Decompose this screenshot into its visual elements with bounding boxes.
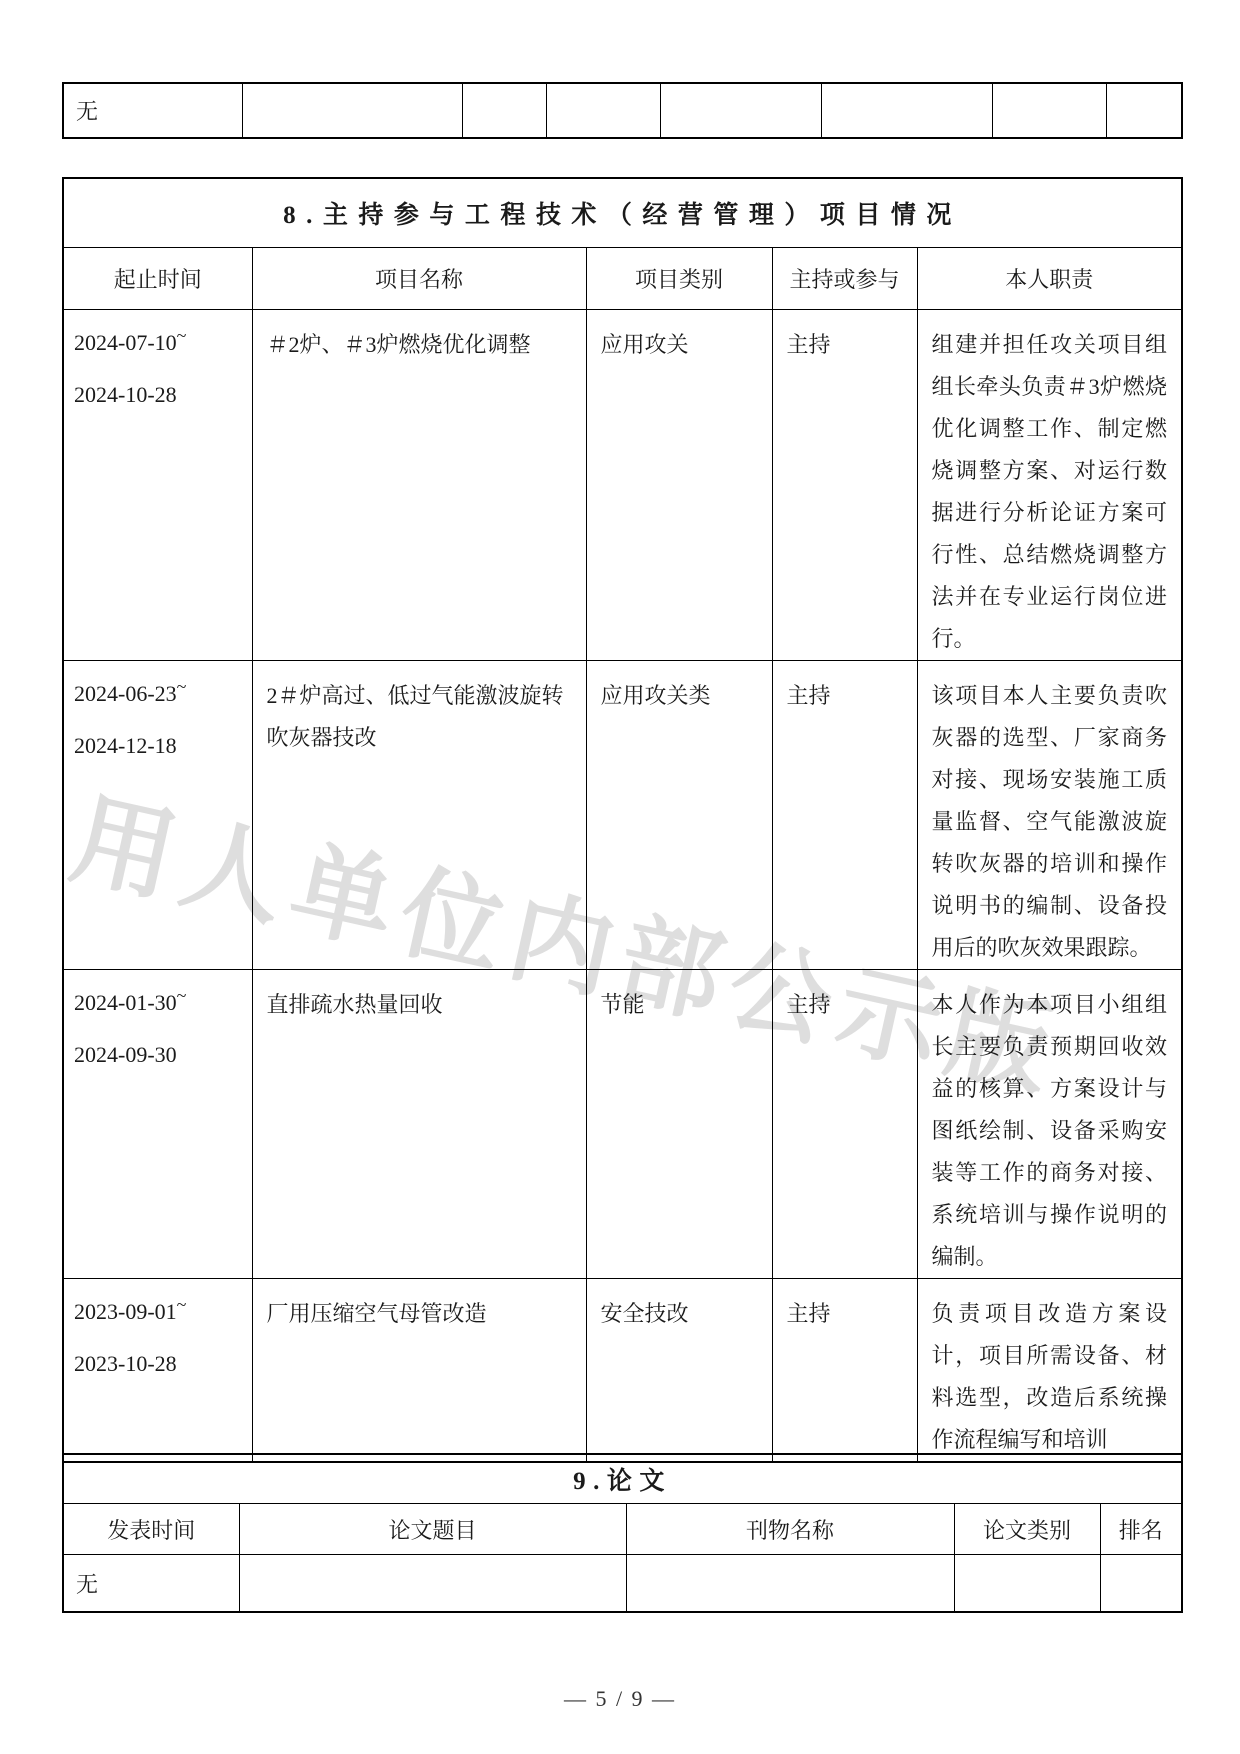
date-end: 2024-12-18 <box>74 731 238 761</box>
cell-date-range: 2023-09-01~ 2023-10-28 <box>63 1279 252 1463</box>
cell-project-name: 直排疏水热量回收 <box>252 970 586 1279</box>
date-start: 2023-09-01 <box>74 1299 177 1324</box>
col-header-paper-title: 论文题目 <box>239 1504 626 1555</box>
papers-table: 9.论文 发表时间 论文题目 刊物名称 论文类别 排名 无 <box>62 1453 1183 1613</box>
table-title-row: 8.主持参与工程技术（经营管理）项目情况 <box>63 178 1182 248</box>
cell-project-name: ＃2炉、＃3炉燃烧优化调整 <box>252 310 586 661</box>
date-tilde: ~ <box>177 677 187 697</box>
cell-empty <box>546 83 660 138</box>
cell-empty <box>1106 83 1182 138</box>
table-row: 2024-06-23~ 2024-12-18 2＃炉高过、低过气能激波旋转吹灰器… <box>63 661 1182 970</box>
col-header-duty: 本人职责 <box>917 248 1182 310</box>
date-start: 2024-07-10 <box>74 330 177 355</box>
date-end: 2024-09-30 <box>74 1040 238 1070</box>
date-end: 2023-10-28 <box>74 1349 238 1379</box>
table-row: 无 <box>63 1555 1182 1613</box>
cell-empty <box>1100 1555 1182 1613</box>
table-row: 无 <box>63 83 1182 138</box>
table-row: 2024-01-30~ 2024-09-30 直排疏水热量回收 节能 主持 本人… <box>63 970 1182 1279</box>
table-title-row: 9.论文 <box>63 1454 1182 1504</box>
cell-empty <box>462 83 546 138</box>
col-header-publish-time: 发表时间 <box>63 1504 239 1555</box>
section9-title: 9.论文 <box>63 1454 1182 1504</box>
cell-empty <box>954 1555 1100 1613</box>
col-header-journal-name: 刊物名称 <box>626 1504 954 1555</box>
date-tilde: ~ <box>177 1295 187 1315</box>
cell-none: 无 <box>63 1555 239 1613</box>
cell-project-name: 厂用压缩空气母管改造 <box>252 1279 586 1463</box>
cell-role: 主持 <box>772 661 917 970</box>
table-row: 2024-07-10~ 2024-10-28 ＃2炉、＃3炉燃烧优化调整 应用攻… <box>63 310 1182 661</box>
cell-project-name: 2＃炉高过、低过气能激波旋转吹灰器技改 <box>252 661 586 970</box>
cell-duty: 组建并担任攻关项目组组长牵头负责＃3炉燃烧优化调整工作、制定燃烧调整方案、对运行… <box>917 310 1182 661</box>
table-row: 2023-09-01~ 2023-10-28 厂用压缩空气母管改造 安全技改 主… <box>63 1279 1182 1463</box>
cell-none: 无 <box>63 83 242 138</box>
cell-date-range: 2024-01-30~ 2024-09-30 <box>63 970 252 1279</box>
cell-empty <box>992 83 1106 138</box>
col-header-rank: 排名 <box>1100 1504 1182 1555</box>
cell-project-category: 应用攻关 <box>586 310 772 661</box>
date-end: 2024-10-28 <box>74 380 238 410</box>
col-header-project-category: 项目类别 <box>586 248 772 310</box>
date-tilde: ~ <box>177 326 187 346</box>
col-header-paper-category: 论文类别 <box>954 1504 1100 1555</box>
page-number: — 5 / 9 — <box>0 1686 1240 1712</box>
cell-project-category: 安全技改 <box>586 1279 772 1463</box>
cell-date-range: 2024-07-10~ 2024-10-28 <box>63 310 252 661</box>
date-tilde: ~ <box>177 986 187 1006</box>
cell-role: 主持 <box>772 1279 917 1463</box>
col-header-project-name: 项目名称 <box>252 248 586 310</box>
projects-table: 8.主持参与工程技术（经营管理）项目情况 起止时间 项目名称 项目类别 主持或参… <box>62 177 1183 1463</box>
cell-empty <box>239 1555 626 1613</box>
cell-duty: 该项目本人主要负责吹灰器的选型、厂家商务对接、现场安装施工质量监督、空气能激波旋… <box>917 661 1182 970</box>
cell-empty <box>626 1555 954 1613</box>
previous-table-fragment: 无 <box>62 82 1183 139</box>
cell-date-range: 2024-06-23~ 2024-12-18 <box>63 661 252 970</box>
col-header-role: 主持或参与 <box>772 248 917 310</box>
table-header-row: 发表时间 论文题目 刊物名称 论文类别 排名 <box>63 1504 1182 1555</box>
cell-project-category: 应用攻关类 <box>586 661 772 970</box>
cell-empty <box>242 83 462 138</box>
cell-empty <box>821 83 992 138</box>
cell-role: 主持 <box>772 310 917 661</box>
cell-role: 主持 <box>772 970 917 1279</box>
date-start: 2024-06-23 <box>74 681 177 706</box>
col-header-date-range: 起止时间 <box>63 248 252 310</box>
table-header-row: 起止时间 项目名称 项目类别 主持或参与 本人职责 <box>63 248 1182 310</box>
cell-project-category: 节能 <box>586 970 772 1279</box>
section8-title: 8.主持参与工程技术（经营管理）项目情况 <box>63 178 1182 248</box>
date-start: 2024-01-30 <box>74 990 177 1015</box>
cell-empty <box>660 83 821 138</box>
cell-duty: 本人作为本项目小组组长主要负责预期回收效益的核算、方案设计与图纸绘制、设备采购安… <box>917 970 1182 1279</box>
cell-duty: 负责项目改造方案设计，项目所需设备、材料选型，改造后系统操作流程编写和培训 <box>917 1279 1182 1463</box>
